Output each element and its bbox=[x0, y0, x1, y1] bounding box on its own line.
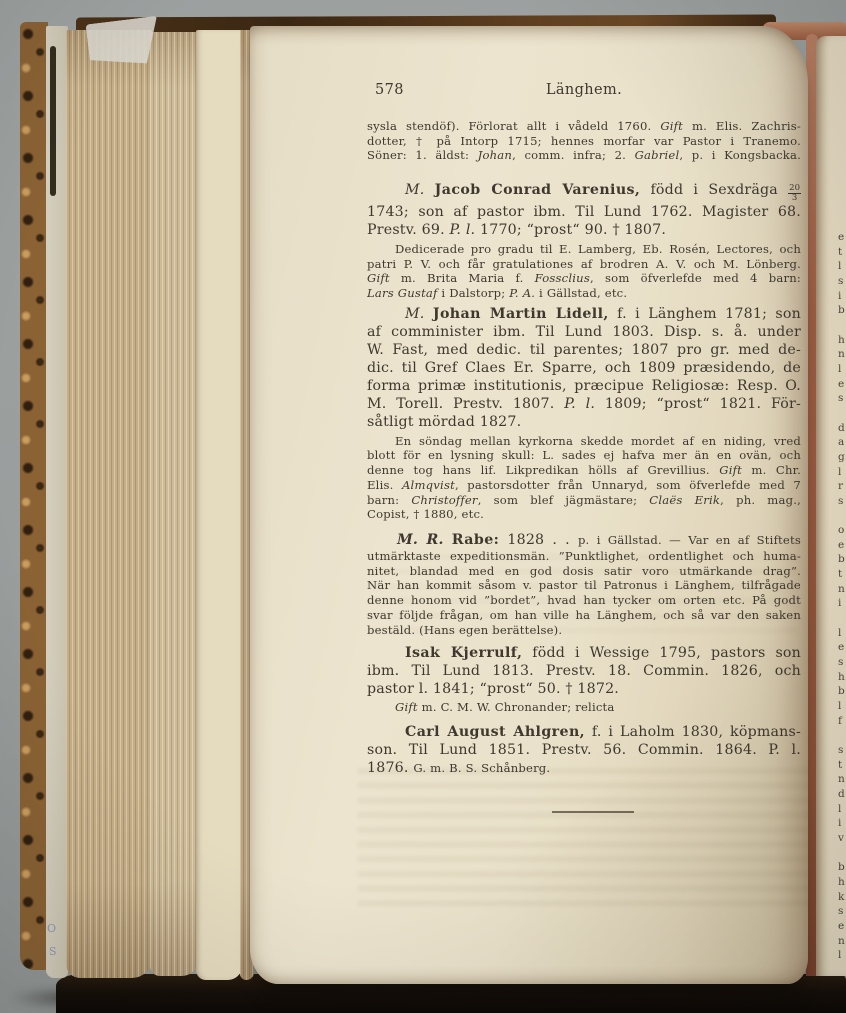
text-line: denne honom vid ”bordet”, hvad han tycke… bbox=[367, 593, 801, 608]
paragraph-kjerrulf-note: Gift m. C. M. W. Chronander; relicta bbox=[367, 700, 801, 715]
text-segment: 1809; “prost“ 1821. För- bbox=[595, 396, 801, 412]
text-line: Prestv. 69. P. l. 1770; “prost“ 90. † 18… bbox=[367, 221, 801, 239]
text-line: blott för en lysning skull: L. sades ej … bbox=[367, 448, 801, 463]
section-divider bbox=[552, 811, 634, 813]
text-segment: Christoffer bbox=[411, 493, 477, 507]
paragraph-lidell-note: En söndag mellan kyrkorna skedde mordet … bbox=[367, 434, 801, 522]
text-line: dotter, † på Intorp 1715; hennes morfar … bbox=[367, 134, 801, 149]
text-line: af comminister ibm. Til Lund 1803. Disp.… bbox=[367, 323, 801, 341]
text-segment: Elis. bbox=[367, 478, 402, 492]
text-segment: , p. i Kongsbacka. bbox=[679, 148, 801, 162]
paragraph-ahlgren: Carl August Ahlgren, f. i Laholm 1830, k… bbox=[367, 723, 801, 777]
text-line: son. Til Lund 1851. Prestv. 56. Commin. … bbox=[367, 741, 801, 759]
text-line: utmärktaste expeditionsmän. ”Punktlighet… bbox=[367, 549, 801, 564]
text-segment: Claës Erik bbox=[649, 493, 720, 507]
page-header: 578 Länghem. bbox=[367, 82, 801, 100]
text-segment: 1876. bbox=[367, 760, 413, 776]
text-segment: Gabriel bbox=[635, 148, 680, 162]
text-segment: född i Sexdräga bbox=[640, 182, 788, 198]
text-line: sysla stendöf). Förlorat allt i vådeld 1… bbox=[367, 119, 801, 134]
text-segment bbox=[424, 306, 432, 322]
paragraph-varenius: M. Jacob Conrad Varenius, född i Sexdräg… bbox=[367, 181, 801, 239]
text-segment: Gift bbox=[395, 700, 418, 714]
text-segment: dic. til Gref Claes Er. Sparre, och 1809… bbox=[367, 360, 801, 376]
text-segment: i Dalstorp; bbox=[438, 286, 510, 300]
page-edge-stack-a bbox=[66, 30, 152, 978]
text-segment: Jacob Conrad Varenius, bbox=[435, 182, 641, 198]
text-segment: Almqvist bbox=[402, 478, 455, 492]
text-segment: Carl August Ahlgren, bbox=[405, 724, 585, 740]
text-segment: m. Elis. Zachris- bbox=[683, 119, 801, 133]
text-segment: Söner: 1. äldst: bbox=[367, 148, 478, 162]
text-segment: G. m. B. S. Schånberg. bbox=[413, 761, 550, 775]
text-segment: , ph. mag., bbox=[720, 493, 801, 507]
text-segment: , som blef jägmästare; bbox=[478, 493, 650, 507]
book-cover-marbled-spine bbox=[20, 22, 48, 970]
library-stamp-glyph: O bbox=[47, 922, 56, 935]
text-line: En söndag mellan kyrkorna skedde mordet … bbox=[367, 434, 801, 449]
paragraph-rabe: M. R. Rabe: 1828 . . p. i Gällstad. — Va… bbox=[367, 531, 801, 637]
text-segment: 1828 . . bbox=[499, 532, 578, 548]
facing-page-text-fragments: e t l s i b h n l e s d a g l r s o e b … bbox=[838, 230, 846, 963]
text-line: M. Torell. Prestv. 1807. P. l. 1809; “pr… bbox=[367, 395, 801, 413]
paragraph-kjerrulf: Isak Kjerrulf, född i Wessige 1795, past… bbox=[367, 644, 801, 698]
text-segment: M. Torell. Prestv. 1807. bbox=[367, 396, 564, 412]
text-segment: p. i Gällstad. — Var en af Stiftets bbox=[578, 533, 801, 547]
paragraph-varenius-note: Dedicerade pro gradu til E. Lamberg, Eb.… bbox=[367, 242, 801, 301]
text-segment: sysla stendöf). Förlorat allt i vådeld 1… bbox=[367, 119, 660, 133]
text-line: dic. til Gref Claes Er. Sparre, och 1809… bbox=[367, 359, 801, 377]
text-segment: patri P. V. och får gratulationes af bro… bbox=[367, 257, 801, 271]
text-segment: denne honom vid ”bordet”, hvad han tycke… bbox=[367, 593, 801, 607]
text-line: Gift m. C. M. W. Chronander; relicta bbox=[367, 700, 801, 715]
text-line: nitet, blandad med en god dosis satir vo… bbox=[367, 564, 801, 579]
paragraph-lidell: M. Johan Martin Lidell, f. i Länghem 178… bbox=[367, 305, 801, 431]
text-segment: m. C. M. W. Chronander; relicta bbox=[418, 700, 615, 714]
text-segment: Rabe: bbox=[452, 532, 500, 548]
text-segment: Johan Martin Lidell, bbox=[433, 306, 609, 322]
text-segment: En söndag mellan kyrkorna skedde mordet … bbox=[395, 434, 801, 448]
text-segment: Isak Kjerrulf, bbox=[405, 645, 522, 661]
text-segment: bestäld. (Hans egen berättelse). bbox=[367, 623, 562, 637]
text-segment: Johan bbox=[478, 148, 512, 162]
open-book-page: 578 Länghem. sysla stendöf). Förlorat al… bbox=[250, 26, 808, 984]
text-line: forma primæ institutionis, præcipue Reli… bbox=[367, 377, 801, 395]
text-line: M. Johan Martin Lidell, f. i Länghem 178… bbox=[367, 305, 801, 323]
text-segment: , pastorsdotter från Unnaryd, som öfverl… bbox=[455, 478, 801, 492]
text-line: M. Jacob Conrad Varenius, född i Sexdräg… bbox=[367, 181, 801, 203]
text-segment: barn: bbox=[367, 493, 411, 507]
text-line: barn: Christoffer, som blef jägmästare; … bbox=[367, 493, 801, 508]
text-line: Lars Gustaf i Dalstorp; P. A. i Gällstad… bbox=[367, 286, 801, 301]
text-segment: född i Wessige 1795, pastors son bbox=[522, 645, 801, 661]
text-line: Elis. Almqvist, pastorsdotter från Unnar… bbox=[367, 478, 801, 493]
text-segment: P. l. bbox=[564, 396, 595, 412]
text-segment: Copist, † 1880, etc. bbox=[367, 507, 484, 521]
text-segment: M. R. bbox=[397, 532, 444, 548]
text-segment: blott för en lysning skull: L. sades ej … bbox=[367, 448, 801, 462]
text-line: pastor l. 1841; “prost“ 50. † 1872. bbox=[367, 680, 801, 698]
page-edge-stack-b bbox=[150, 32, 198, 976]
text-segment: , som öfverlefde med 4 barn: bbox=[590, 271, 801, 285]
text-segment: M. bbox=[405, 306, 424, 322]
text-segment: af comminister ibm. Til Lund 1803. Disp.… bbox=[367, 324, 801, 340]
photographed-book-page: O S e t l s i b h n l e s d a g l r s o … bbox=[0, 0, 846, 1013]
text-segment: utmärktaste expeditionsmän. ”Punktlighet… bbox=[367, 549, 801, 563]
text-line: M. R. Rabe: 1828 . . p. i Gällstad. — Va… bbox=[367, 531, 801, 549]
text-flow: sysla stendöf). Förlorat allt i vådeld 1… bbox=[367, 119, 801, 777]
hinge-slit bbox=[50, 46, 56, 196]
text-segment: Gift bbox=[660, 119, 683, 133]
endpaper-edge bbox=[46, 26, 68, 978]
text-segment: 1743; son af pastor ibm. Til Lund 1762. … bbox=[367, 204, 801, 220]
text-column: 578 Länghem. sysla stendöf). Förlorat al… bbox=[367, 82, 801, 813]
text-line: Dedicerade pro gradu til E. Lamberg, Eb.… bbox=[367, 242, 801, 257]
text-segment: forma primæ institutionis, præcipue Reli… bbox=[367, 378, 801, 394]
running-title: Länghem. bbox=[546, 82, 622, 98]
text-segment: 203 bbox=[788, 184, 801, 203]
text-line: denne tog hans lif. Likpredikan hölls af… bbox=[367, 463, 801, 478]
text-segment: När han kommit såsom v. pastor til Patro… bbox=[367, 578, 801, 592]
text-segment: pastor l. 1841; “prost“ 50. † 1872. bbox=[367, 681, 619, 697]
text-segment bbox=[424, 182, 434, 198]
text-line: svar följde frågan, om han ville ha Läng… bbox=[367, 608, 801, 623]
text-line: När han kommit såsom v. pastor til Patro… bbox=[367, 578, 801, 593]
text-segment: Gift bbox=[367, 271, 390, 285]
text-segment bbox=[444, 532, 452, 548]
library-stamp-glyph: S bbox=[49, 945, 57, 958]
text-segment: i Gällstad, etc. bbox=[535, 286, 627, 300]
text-segment: såtligt mördad 1827. bbox=[367, 414, 521, 430]
text-line: Copist, † 1880, etc. bbox=[367, 507, 801, 522]
text-line: Söner: 1. äldst: Johan, comm. infra; 2. … bbox=[367, 148, 801, 163]
text-segment: 1770; “prost“ 90. † 1807. bbox=[475, 222, 666, 238]
text-segment: Dedicerade pro gradu til E. Lamberg, Eb.… bbox=[395, 242, 801, 256]
text-line: Gift m. Brita Maria f. Fossclius, som öf… bbox=[367, 271, 801, 286]
text-line: bestäld. (Hans egen berättelse). bbox=[367, 623, 801, 638]
text-segment: m. Chr. bbox=[742, 463, 801, 477]
text-line: Carl August Ahlgren, f. i Laholm 1830, k… bbox=[367, 723, 801, 741]
text-segment: P. A. bbox=[509, 286, 535, 300]
text-line: 1876. G. m. B. S. Schånberg. bbox=[367, 759, 801, 777]
text-segment: son. Til Lund 1851. Prestv. 56. Commin. … bbox=[367, 742, 801, 758]
text-line: såtligt mördad 1827. bbox=[367, 413, 801, 431]
text-line: patri P. V. och får gratulationes af bro… bbox=[367, 257, 801, 272]
facing-page-sliver: e t l s i b h n l e s d a g l r s o e b … bbox=[816, 36, 846, 976]
text-segment: nitet, blandad med en god dosis satir vo… bbox=[367, 564, 801, 578]
text-segment: f. i Laholm 1830, köpmans- bbox=[585, 724, 801, 740]
text-segment: dotter, † på Intorp 1715; hennes morfar … bbox=[367, 134, 801, 148]
text-line: ibm. Til Lund 1813. Prestv. 18. Commin. … bbox=[367, 662, 801, 680]
text-segment: f. i Länghem 1781; son bbox=[609, 306, 801, 322]
page-number: 578 bbox=[375, 82, 404, 98]
text-line: 1743; son af pastor ibm. Til Lund 1762. … bbox=[367, 203, 801, 221]
text-line: W. Fast, med dedic. til parentes; 1807 p… bbox=[367, 341, 801, 359]
page-edge-wedge bbox=[196, 30, 242, 980]
text-segment: Fossclius bbox=[535, 271, 590, 285]
paragraph-continuation: sysla stendöf). Förlorat allt i vådeld 1… bbox=[367, 119, 801, 163]
text-line: Isak Kjerrulf, född i Wessige 1795, past… bbox=[367, 644, 801, 662]
text-segment: M. bbox=[405, 182, 424, 198]
text-segment: ibm. Til Lund 1813. Prestv. 18. Commin. … bbox=[367, 663, 801, 679]
text-segment: W. Fast, med dedic. til parentes; 1807 p… bbox=[367, 342, 801, 358]
text-segment: Lars Gustaf bbox=[367, 286, 438, 300]
text-segment: P. l. bbox=[450, 222, 476, 238]
text-segment: m. Brita Maria f. bbox=[390, 271, 535, 285]
text-segment: svar följde frågan, om han ville ha Läng… bbox=[367, 608, 801, 622]
text-segment: Gift bbox=[719, 463, 742, 477]
text-segment: , comm. infra; 2. bbox=[512, 148, 635, 162]
text-segment: Prestv. 69. bbox=[367, 222, 450, 238]
text-segment: denne tog hans lif. Likpredikan hölls af… bbox=[367, 463, 719, 477]
